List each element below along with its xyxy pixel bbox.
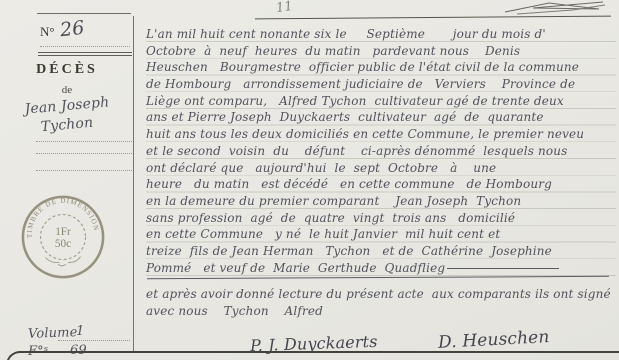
record-type-title: DÉCÈS	[0, 62, 134, 78]
act-text-line: de Hombourg arrondissement judiciaire de…	[146, 76, 616, 93]
act-text-line: en cette Commune y né le huit Janvier mi…	[146, 226, 616, 243]
closing-formula-line: avec nous Tychon Alfred	[146, 303, 323, 319]
act-text-line: sans profession agé de quatre vingt troi…	[146, 210, 616, 227]
record-number-label: N°	[40, 24, 55, 40]
stamp-value-francs: 1Fr	[55, 226, 71, 238]
record-number-value: 26	[59, 17, 86, 41]
margin-ruled-line	[36, 170, 132, 171]
margin-column: N° 26 DÉCÈS de Jean Joseph Tychon TIMBRE…	[0, 0, 134, 360]
volume-value: 1	[76, 324, 84, 339]
margin-divider-line	[133, 16, 134, 352]
act-text-line: ans et Pierre Joseph Duyckaerts cultivat…	[146, 109, 616, 126]
act-text-line: huit ans tous les deux domiciliés en cet…	[146, 126, 616, 143]
act-text-line: L'an mil huit cent nonante six le Septiè…	[146, 26, 616, 43]
act-text-line: et le second voisin du défunt ci-après d…	[146, 143, 616, 160]
double-rule-bottom	[38, 55, 132, 56]
page-number-pencil-mark: 11	[275, 0, 294, 16]
act-text-line: treize fils de Jean Herman Tychon et de …	[146, 243, 616, 260]
act-text-line: Octobre à neuf heures du matin pardevant…	[146, 43, 616, 60]
revenue-stamp-icon: TIMBRE DE DIMENSION 1Fr 50c	[19, 193, 107, 281]
margin-top-rule	[37, 13, 131, 14]
stamp-value-centimes: 50c	[55, 238, 71, 250]
blank-filler-line	[447, 268, 559, 269]
death-record-page: N° 26 DÉCÈS de Jean Joseph Tychon TIMBRE…	[0, 0, 619, 360]
double-rule-top	[38, 52, 132, 53]
act-text-block: L'an mil huit cent nonante six le Septiè…	[146, 26, 616, 276]
margin-ruled-line	[36, 141, 132, 142]
volume-dotted-line	[58, 340, 130, 341]
act-text-line: ont déclaré que aujourd'hui le sept Octo…	[146, 160, 616, 177]
record-number-underline	[40, 46, 130, 47]
act-text-line: Heuschen Bourgmestre officier public de …	[146, 59, 616, 76]
margin-ruled-line	[36, 153, 132, 154]
act-text-line: en la demeure du premier comparant Jean …	[146, 193, 616, 210]
act-text-line: heure du matin est décédé en cette commu…	[146, 176, 616, 193]
signature-heuschen: D. Heuschen	[438, 327, 550, 353]
next-page-edge	[6, 351, 619, 360]
act-text-line: Liège ont comparu, Alfred Tychon cultiva…	[146, 93, 616, 110]
closing-formula-line: et après avoir donné lecture du présent …	[146, 286, 611, 302]
